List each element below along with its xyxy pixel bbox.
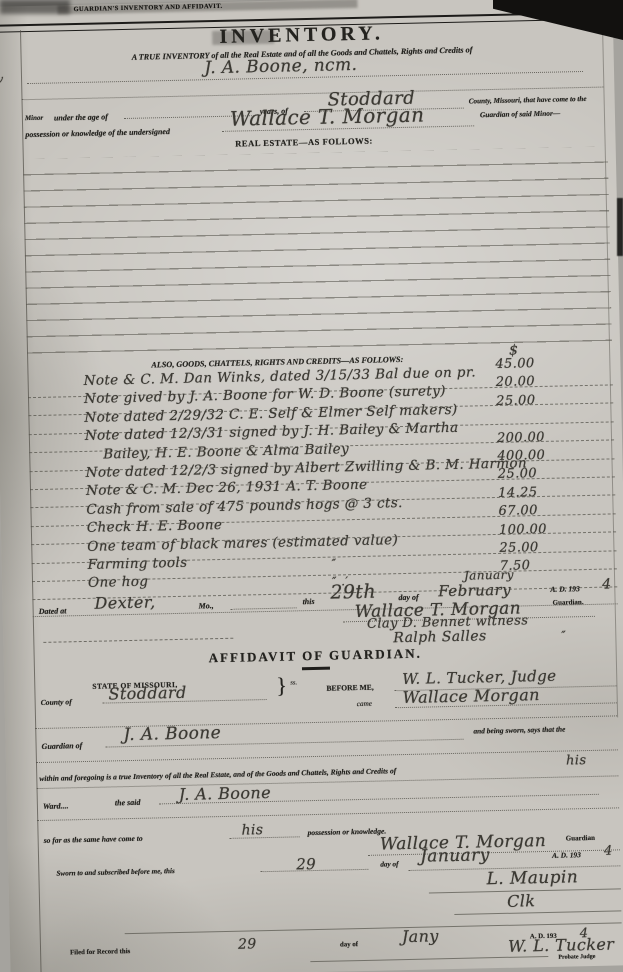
sworn-subscribed-text: Sworn to and subscribed before me, this — [56, 867, 175, 878]
goods-item-amount: 67.00 — [498, 503, 538, 519]
fill-line — [231, 607, 297, 609]
sworn-says-text: and being sworn, says that the — [473, 725, 565, 736]
goods-item-text: Check H. E. Boone — [87, 517, 223, 536]
signature-line — [310, 956, 548, 962]
minor-label: Minor — [25, 114, 43, 122]
goods-item-text: Farming tools — [87, 555, 187, 573]
ditto-mark: ″ — [332, 556, 337, 570]
guardian-of-text: Guardian of — [42, 741, 83, 751]
goods-item-text: One hog — [88, 574, 149, 591]
sworn-ad-text: A. D. 193 — [552, 850, 581, 860]
age-pre-text: under the age of — [54, 112, 108, 122]
age-post-text: County, Missouri, that have come to the — [469, 95, 587, 106]
so-far-text: so far as the same have come to — [44, 834, 143, 845]
filed-month-handwriting: Jany — [402, 926, 439, 946]
state-abbrev-text: Mo., — [198, 601, 213, 610]
fill-line — [230, 836, 300, 839]
possession-pre-text: possession or knowledge of the undersign… — [25, 127, 170, 139]
fill-line — [37, 807, 619, 821]
ss-text: ss. — [290, 679, 297, 686]
sworn-month-handwriting: January — [420, 845, 490, 867]
goods-item-amount: 20.00 — [496, 374, 536, 390]
probate-judge-label: Probate Judge — [558, 954, 595, 961]
county-of-text: County of — [41, 697, 72, 707]
year-digit-handwriting: 4 — [602, 576, 612, 592]
guardian-label2: Guardian — [566, 834, 595, 843]
clerk-title-handwriting: Clk — [507, 891, 536, 911]
goods-item-amount: 400.00 — [497, 448, 545, 464]
scanned-document-page: GUARDIAN'S INVENTORY AND AFFIDAVIT. INVE… — [0, 0, 623, 972]
this-text: this — [302, 597, 314, 606]
signature-line — [454, 910, 621, 915]
paper-sheet: GUARDIAN'S INVENTORY AND AFFIDAVIT. INVE… — [0, 0, 623, 972]
witness2-ditto-mark: ″ — [561, 628, 566, 642]
possession-knowledge-text: possession or knowledge. — [307, 826, 386, 837]
ad-193-text: A. D. 193 — [550, 584, 580, 594]
guardian-label: Guardian. — [553, 598, 584, 607]
probate-judge-signature: W. L. Tucker — [508, 935, 615, 956]
goods-item-amount: 14.25 — [498, 485, 538, 501]
goods-item-amount: 200.00 — [497, 429, 545, 445]
city-handwriting: Dexter, — [94, 592, 155, 612]
real-estate-blank-lines — [23, 146, 612, 363]
month-handwriting: February — [438, 581, 511, 601]
guardian-of-name-handwriting: J. A. Boone — [123, 723, 221, 745]
sworn-day-of-text: day of — [380, 860, 398, 868]
sworn-year-handwriting: 4 — [604, 844, 613, 859]
his2-handwriting: his — [241, 822, 263, 838]
scan-corner-blob — [0, 0, 70, 14]
goods-item-amount: 45.00 — [495, 356, 535, 372]
margin-check-handwriting: v — [0, 73, 4, 86]
scan-edge-mark — [617, 198, 623, 256]
ward-label-text: Ward.... — [43, 801, 69, 811]
brace-glyph: } — [276, 673, 287, 699]
affidavit-title-underline — [302, 667, 330, 670]
goods-item-amount: 100.00 — [499, 521, 547, 537]
fill-line — [43, 638, 233, 643]
day-handwriting: 29th — [330, 581, 376, 604]
goods-item-amount: 25.00 — [496, 393, 536, 409]
the-said-text: the said — [115, 798, 141, 808]
before-me-text: BEFORE ME, — [326, 683, 373, 693]
goods-item-amount: 25.00 — [498, 466, 538, 482]
his1-handwriting: his — [566, 753, 587, 768]
filed-day-handwriting: 29 — [238, 936, 257, 952]
came-text: came — [357, 700, 372, 708]
filed-for-record-text: Filed for Record this — [70, 948, 130, 956]
fill-line — [36, 749, 618, 763]
clerk-signature: L. Maupin — [486, 867, 578, 889]
filed-day-of-text: day of — [340, 941, 358, 948]
possession-post-text: Guardian of said Minor— — [480, 108, 560, 119]
goods-item-amount: 25.00 — [499, 540, 539, 556]
